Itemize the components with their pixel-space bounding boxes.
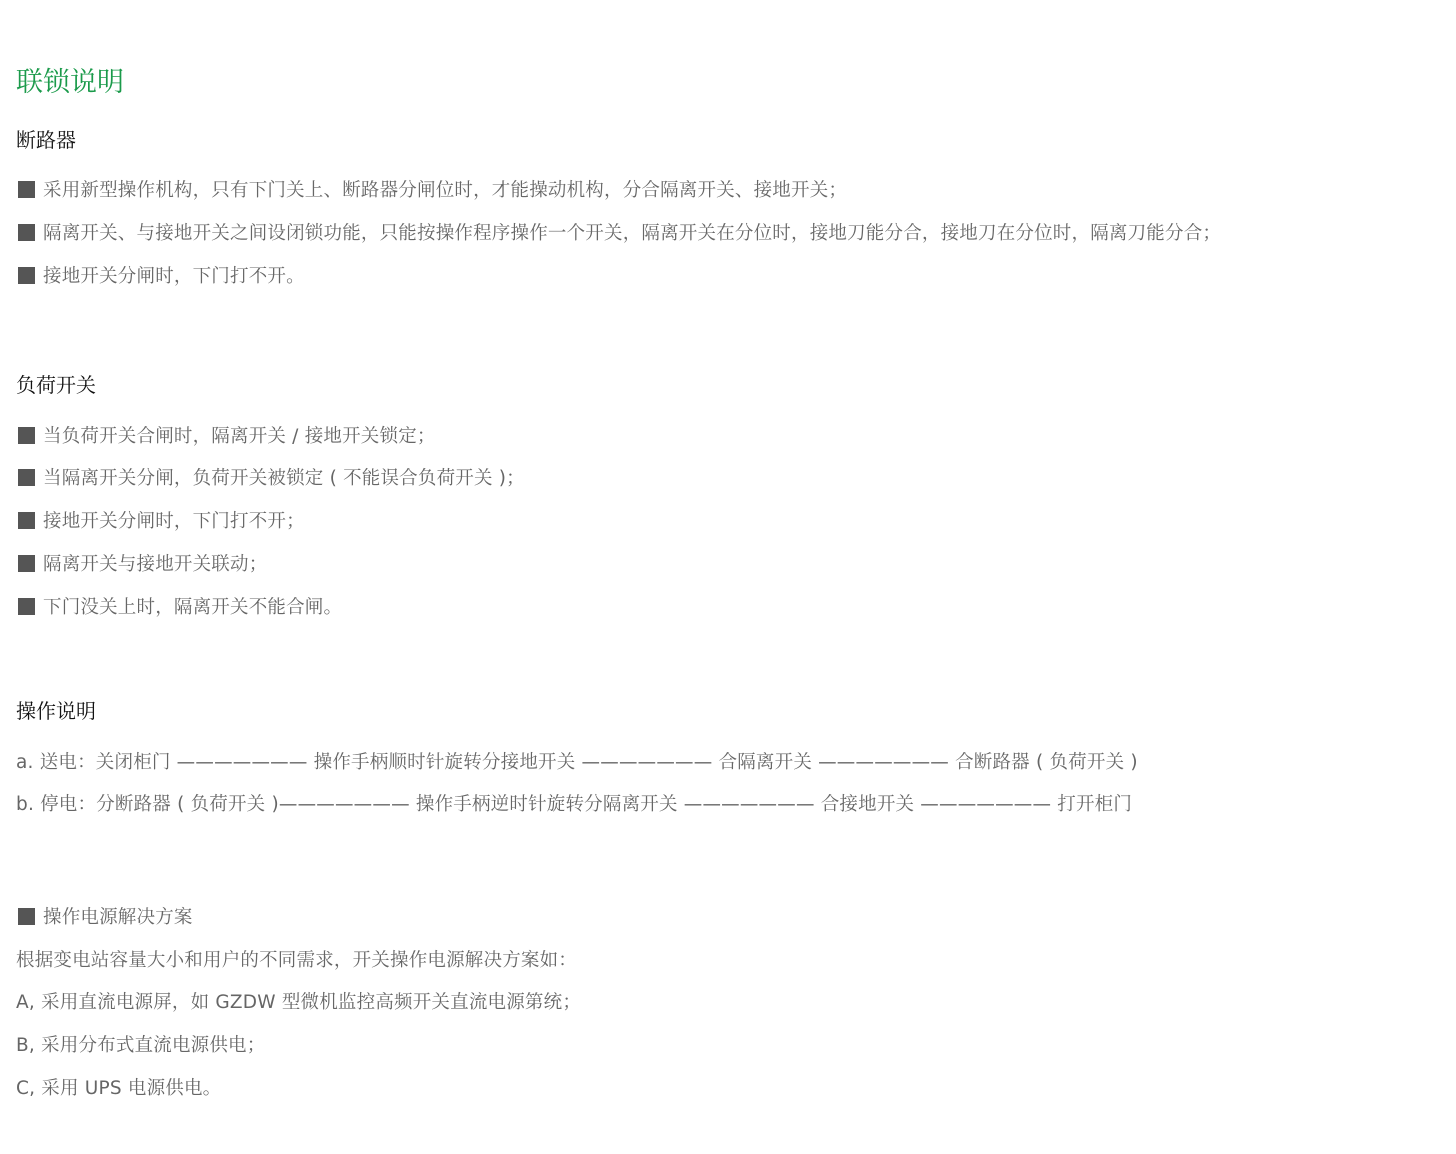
list-item: 采用新型操作机构，只有下门关上、断路器分闸位时，才能操动机构，分合隔离开关、接地… bbox=[16, 178, 847, 204]
square-bullet-icon bbox=[18, 512, 35, 529]
section-heading-circuit-breaker: 断路器 bbox=[16, 126, 76, 154]
operation-step-power-off: b. 停电：分断路器 ( 负荷开关 )——————— 操作手柄逆时针旋转分隔离开… bbox=[16, 792, 1132, 818]
power-solution-intro: 根据变电站容量大小和用户的不同需求，开关操作电源解决方案如： bbox=[16, 948, 577, 974]
power-option-b: B, 采用分布式直流电源供电； bbox=[16, 1033, 265, 1059]
list-item: 隔离开关与接地开关联动； bbox=[16, 552, 267, 578]
page-title: 联锁说明 bbox=[16, 64, 124, 102]
list-item: 当负荷开关合闸时，隔离开关 / 接地开关锁定； bbox=[16, 424, 436, 450]
list-item: 隔离开关、与接地开关之间设闭锁功能，只能按操作程序操作一个开关，隔离开关在分位时… bbox=[16, 221, 1221, 247]
list-item: 接地开关分闸时，下门打不开； bbox=[16, 509, 305, 535]
square-bullet-icon bbox=[18, 469, 35, 486]
square-bullet-icon bbox=[18, 267, 35, 284]
operation-step-power-on: a. 送电：关闭柜门 ——————— 操作手柄顺时针旋转分接地开关 ——————… bbox=[16, 750, 1138, 776]
list-item: 当隔离开关分闸，负荷开关被锁定 ( 不能误合负荷开关 )； bbox=[16, 466, 525, 492]
power-solution-heading: 操作电源解决方案 bbox=[16, 905, 193, 931]
square-bullet-icon bbox=[18, 555, 35, 572]
square-bullet-icon bbox=[18, 598, 35, 615]
list-item: 接地开关分闸时，下门打不开。 bbox=[16, 264, 305, 290]
square-bullet-icon bbox=[18, 224, 35, 241]
section-heading-operation: 操作说明 bbox=[16, 697, 96, 725]
square-bullet-icon bbox=[18, 181, 35, 198]
section-heading-load-switch: 负荷开关 bbox=[16, 371, 96, 399]
power-option-a: A, 采用直流电源屏，如 GZDW 型微机监控高频开关直流电源第统； bbox=[16, 990, 581, 1016]
list-item: 下门没关上时，隔离开关不能合闸。 bbox=[16, 595, 342, 621]
square-bullet-icon bbox=[18, 427, 35, 444]
square-bullet-icon bbox=[18, 908, 35, 925]
power-option-c: C, 采用 UPS 电源供电。 bbox=[16, 1076, 221, 1102]
